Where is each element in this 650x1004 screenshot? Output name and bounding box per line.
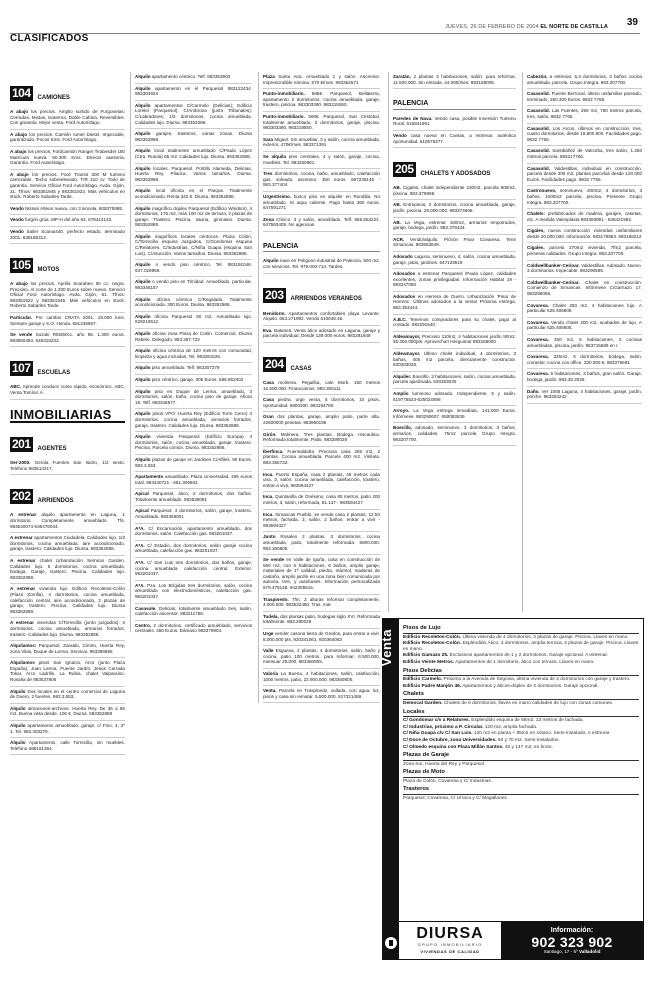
ad-text: Molinera. Tres plantas. Bodega. Inscauli…: [263, 432, 380, 443]
venta-listings: Pisos de LujoEdificio Recoletos-Colón. Ú…: [403, 623, 639, 923]
classified-ad: AB. Cigales, chalet independiente 230m2,…: [393, 183, 516, 200]
subsection-heading: INMOBILIARIAS: [10, 412, 125, 424]
ad-lead: Alquilo: [135, 188, 151, 193]
classified-ad: A*A. C/ San Luis tres dormitorios, dos b…: [135, 558, 252, 581]
ad-lead: A abajo: [10, 172, 29, 177]
column-2: Alquilo apartamento céntrico. Telf. 9833…: [130, 72, 252, 632]
section-number: 202: [10, 489, 33, 504]
ad-lead: Covaresa.: [527, 354, 549, 359]
ad-text: Entrepinos, 3 dormitorios, cocina amuebl…: [393, 202, 516, 213]
venta-item-lead: C/ Doce de Octubre, zona Universidades.: [403, 738, 497, 743]
venta-item-lead: C/ Industrias, próximo a P. Circular.: [403, 725, 483, 730]
classified-ad: Se vende en Valle de Iguña, casa en cons…: [263, 555, 380, 595]
brand-block: DIURSA GRUPO INMOBILIARIO VIVIENDAS DE C…: [399, 922, 501, 959]
page-header: JUEVES, 26 DE FEBRERO DE 2004 EL NORTE D…: [0, 0, 650, 70]
ad-text: 2 dormitorios, certificado amueblado, se…: [135, 623, 252, 632]
ad-text: vivienda Parquesol (Edificio Europa) 4 d…: [135, 434, 252, 450]
classified-ad: Alquilo magnífico dúplex Parquesol (Edif…: [135, 204, 252, 232]
classified-ad: Alquilo almacenes-archivos. Huerta Rey. …: [10, 704, 125, 721]
ad-lead: Casasolid.: [527, 91, 550, 96]
ad-text: dormitorios, cocina, baño, amueblado, ca…: [263, 171, 380, 187]
ad-text: nueva construcción viviendas unifamiliar…: [527, 228, 642, 239]
info-address: Santiago, 17 - 5º Valladolid: [544, 949, 601, 955]
ad-lead: A*A.: [135, 526, 145, 531]
ad-lead: AB.: [393, 202, 401, 207]
venta-item-text: Exclusivos apartamentos de 1 y 2 dormito…: [450, 653, 608, 658]
venta-item: Edificio Recoletos-Colón. Última viviend…: [403, 635, 639, 641]
venta-item-lead: Democal Garden.: [403, 701, 442, 706]
section-number: 204: [263, 357, 286, 372]
ad-text: Tenemos compradores para su chalet, pago…: [393, 317, 516, 328]
classified-ad: Urge vender casona tierra de Gredos, par…: [263, 629, 380, 646]
venta-item-text: Apartamentos de 1 dormitorio, ático con …: [455, 660, 594, 665]
venta-item-text: Chalets de 6 dormitorios, llaves en mano…: [444, 701, 613, 706]
classified-ad: Covaresa. 325m2, 5 dormitorios, bodega, …: [527, 352, 642, 369]
classified-ad: A estrenar vivienda lujo. Edificio Recol…: [10, 584, 125, 618]
classified-ad: ABC. Aprende conducir curso rápido, econ…: [10, 382, 125, 399]
venta-item-lead: C/ Niña Guapa c/v C/ San Luis.: [403, 731, 473, 736]
ad-text: Rosaleo 2 plantas, 3 dormitorios, cocina…: [263, 534, 380, 550]
classified-ad: Vendo furgón grúa. MP-H del año 83. 6794…: [10, 215, 125, 227]
ad-lead: Casasolid.: [527, 166, 550, 171]
info-phone: 902 323 902: [531, 935, 612, 949]
ad-lead: Alquilo: [10, 723, 26, 728]
ad-text: los precios. Camión rumel Diesel. Impeca…: [10, 132, 125, 143]
ad-lead: Alquiler.: [393, 374, 411, 379]
venta-category: Pisos Delicias: [403, 669, 639, 677]
classified-ad: Adosados en Herrera de Duero. Urbanizaci…: [393, 292, 516, 315]
ad-text: los precios, Fordcamión Ranger Tirabesde…: [10, 149, 125, 165]
classified-ad: Particular. Por cambio CRATA 2001. 18.00…: [10, 313, 125, 330]
ad-text: Ver 1065 Laguna, 4 habitaciones, garaje,…: [527, 389, 642, 400]
venta-item-text: Próximo a la Avenida de Segovia, última …: [444, 677, 631, 682]
ad-lead: Alquilo: [135, 314, 151, 319]
ad-lead: Vendo: [10, 229, 24, 234]
ad-lead: Tres: [263, 171, 272, 176]
venta-footer: DIURSA GRUPO INMOBILIARIO VIVIENDAS DE C…: [399, 921, 643, 959]
ad-text: los precios. Aprilia Scarabeo 50 cc, neg…: [10, 281, 125, 308]
ad-text: piso céntrico, garaje, 305 Euros. 686.85…: [152, 377, 243, 382]
classified-ad: Alquilo o vendo piso céntrico. Tel. 9831…: [135, 260, 252, 277]
classified-ad: AB. La Vega, estrenar 180m2, armarios em…: [393, 218, 516, 235]
section-heading: 107ESCUELAS: [10, 361, 125, 376]
column-5: Cabezón, a estrenar, 5,3 dormitorios, 3 …: [522, 72, 642, 612]
ad-text: piso en Duque de Lerma, amueblado, 3 dor…: [135, 389, 252, 405]
diursa-sale-ad: Venta Pisos de LujoEdificio Recoletos-Co…: [382, 618, 644, 960]
classified-ad: Alquilo plazas de garaje en Jardines C/A…: [135, 455, 252, 472]
section-title: CASAS: [291, 366, 312, 373]
classified-ad: Casasolid. Valdestillas, individual en c…: [527, 164, 642, 187]
ad-lead: Centro,: [135, 623, 151, 628]
ad-text: Cigales, chalet independiente 230m2, par…: [393, 185, 516, 196]
ad-text: Clínico. 3 y salón, amueblado. Telf. 666…: [263, 217, 380, 228]
ad-lead: Urge: [263, 631, 273, 636]
venta-label: Venta: [384, 629, 390, 666]
classified-ad: A abajo los precios. Camión rumel Diesel…: [10, 130, 125, 147]
ad-text: o vendo piso en Trinidad. Amueblado, par…: [135, 279, 252, 290]
venta-item-text: Esplendido esquina de 66m2. 13 metros de…: [471, 718, 583, 723]
ad-lead: Daño.: [527, 389, 540, 394]
ad-lead: Covaresa.: [527, 320, 549, 325]
ad-lead: Punto-inmobiliario.: [263, 114, 305, 119]
venta-category: Plazas de Garaje: [403, 753, 639, 761]
classified-ad: Inca. Simancas Pueblo, se vende casa 2 p…: [263, 510, 380, 533]
ad-text: vender casona tierra de Gredos, para ent…: [263, 631, 380, 642]
ad-text: plazas de garaje en Jardines C/Alfiles. …: [135, 457, 252, 468]
venta-item: C/ Industrias, próximo a P. Circular. 12…: [403, 725, 639, 731]
classified-ad: Daño. Ver 1065 Laguna, 4 habitaciones, g…: [527, 387, 642, 404]
classified-ad: Casasolid. Las Fuentes, 256 m2, 750 metr…: [527, 106, 642, 123]
subsection-heading: PALENCIA: [263, 244, 380, 253]
ad-lead: Cabezón,: [527, 74, 547, 79]
ad-lead: Boecillo,: [393, 425, 412, 430]
ad-lead: A*A.: [135, 560, 145, 565]
venta-category: Trasteros: [403, 787, 639, 795]
ad-text: dos plantas, garaje, amplio patio, parte…: [263, 414, 380, 425]
ad-text: furgón grúa. MP-H del año 83. 679414132.: [25, 217, 112, 222]
ad-text: oficina zona Plaza de Colón. Comercial. …: [135, 331, 252, 342]
venta-category: Locales: [403, 710, 639, 718]
classified-ad: Casasole. Delicias, totalmente amueblado…: [135, 604, 252, 621]
subsection-heading: PALENCIA: [393, 101, 516, 110]
ad-text: Miguel. Sin amueblar, 3 y salón, cocina …: [263, 137, 380, 148]
ad-text: piso amueblado. Telf. 983307279: [152, 365, 220, 370]
ad-text: Parcela en Traspinedo, vallada, con agua…: [263, 688, 380, 699]
ad-lead: A abajo: [10, 281, 28, 286]
ad-lead: Alquilo: [135, 206, 151, 211]
ad-lead: Alquilo: [135, 297, 151, 302]
venta-item: Democal Garden. Chalets de 6 dormitorios…: [403, 701, 639, 707]
brand-tagline: VIVIENDAS DE CALIDAD: [420, 949, 479, 955]
classified-ad: A estrenar apartamentos Ciudadela. Calid…: [10, 533, 125, 556]
column-4: Zaratán, 2 plantas 3 habitaciones, salón…: [388, 72, 516, 612]
ad-text: molinera. Peguilba, cale Morb. 150 metro…: [263, 380, 380, 391]
header-rule: [10, 33, 640, 34]
classified-ad: Urgentísimo. busco piso en alquiler en R…: [263, 192, 380, 215]
classified-ad: Girón. Molinera. Tres plantas. Bodega. I…: [263, 430, 380, 447]
ad-text: Nissan Atleon nueva, con 3 sincela. 6053…: [25, 206, 123, 211]
ad-lead: Alquilo: [135, 103, 151, 108]
venta-item-text: 120 m2, amplia fachada.: [485, 725, 538, 730]
ad-lead: Inca.: [263, 512, 273, 517]
ad-lead: Alquilo: [135, 148, 151, 153]
ad-text: La Vega, estrenar 180m2, armarios empotr…: [393, 220, 516, 231]
ad-text: pisos VPO: Huerta Rey (Edificio Torre Ce…: [135, 411, 252, 427]
venta-item: Edificio Padre Manjón 46. Apartamentos y…: [403, 684, 639, 690]
ad-lead: Apartamento: [135, 474, 163, 479]
ad-text: magnífico dúplex Parquesol (Edificio Win…: [135, 206, 252, 228]
ad-lead: Alquilo: [135, 166, 151, 171]
ad-lead: Alquilo: [10, 706, 26, 711]
classified-ad: Adosados a estrenar Parquesol /Paula Lóp…: [393, 269, 516, 292]
venta-item: C/ Niña Guapa c/v C/ San Luis. 120 m2 en…: [403, 731, 639, 737]
section-heading: 201AGENTES: [10, 437, 125, 452]
ad-lead: Castronuevo,: [527, 188, 556, 193]
ad-lead: Cigales,: [527, 245, 545, 250]
classified-ad: Alquilo piso céntrico, garaje, 305 Euros…: [135, 375, 252, 387]
ad-text: prefabricados de madera, garajes, caseta…: [527, 211, 642, 222]
ad-text: La Vega entrega inmediata, 141.000 Euros…: [393, 408, 516, 419]
venta-item-text: 60 y 70 m2. Semi-instalados.: [498, 738, 560, 743]
section-heading: 203ARRIENDOS VERANEOS: [263, 288, 380, 303]
classified-ad: Covaresa. 250 m2, 5 habitaciones, 2 coci…: [527, 335, 642, 352]
ad-lead: Vendo: [10, 217, 24, 222]
classified-ad: Tudela, dos plantas patio, bodegas siglo…: [263, 612, 380, 629]
venta-item-lead: Edificio Recoletos-Colón.: [403, 635, 461, 640]
classified-ad: Alquilo Dos locales en el centro comerci…: [10, 687, 125, 704]
section-number: 205: [393, 162, 416, 177]
classified-ad: Alquilo Apartamento, calle Torrecilla, s…: [10, 738, 125, 755]
ad-text: adosado, seminuevo, 3 dormitorios, 3 bañ…: [393, 425, 516, 441]
classified-ad: Casa piedra, urge venta, 5 dormitorios, …: [263, 395, 380, 412]
ad-text: Dos locales en el centro comercial de La…: [10, 689, 125, 700]
classified-ad: Plaza Santa Ana. Amueblado 1 y salón. As…: [263, 72, 380, 89]
classified-ad: Venta. Parcela en Traspinedo, vallada, c…: [263, 686, 380, 703]
classified-ad: Chalets: prefabricados de madera, garaje…: [527, 209, 642, 226]
ad-lead: Plaza: [263, 74, 275, 79]
ad-lead: ABC.: [10, 384, 21, 389]
ad-text: Batanes. Venta ático adosado en Laguna, …: [263, 328, 380, 339]
classified-ad: Coldwellbanker-Cerinar. Valdestillas. Ad…: [527, 261, 642, 278]
ad-text: C/ San Luis tres dormitorios, dos baños,…: [135, 560, 252, 576]
ad-lead: A estrenar: [10, 535, 33, 540]
ad-text: en Valle de Iguña, casa en construcción …: [263, 557, 380, 590]
classified-ad: Alquilo magníficos locales céntricos. Pl…: [135, 232, 252, 260]
ad-lead: Venta.: [263, 688, 277, 693]
section-number: 105: [10, 258, 33, 273]
ad-lead: Alquilo: [135, 434, 151, 439]
classified-ad: Covaresa. 5 habitaciones, 3 baños, gran …: [527, 369, 642, 386]
classified-ad: Alquilo locales. Parquesol. Portillo Ala…: [135, 164, 252, 187]
classified-ad: Alquilo apartamento amueblado, garaje, c…: [10, 721, 125, 738]
ad-lead: Zona: [263, 217, 274, 222]
ad-text: Santa Ana. Amueblado 1 y salón. Ascensor…: [263, 74, 380, 85]
ad-lead: AB.: [393, 185, 401, 190]
classified-ad: Se vende Suzuki RM250cc. año 95. 1.300 e…: [10, 330, 125, 347]
classified-ad: AB. Entrepinos, 3 dormitorios, cocina am…: [393, 200, 516, 217]
ad-lead: Covaresa.: [527, 303, 549, 308]
classified-ad: Alquilamos pisos San Ignacio, Arco (junt…: [10, 658, 125, 686]
classified-ad: A*A. Pza. Los Brígidas tres dormitorios,…: [135, 581, 252, 604]
venta-item: Edificio Gamazo 25. Exclusivos apartamen…: [403, 653, 639, 659]
venta-item-text: Última vivienda de 4 dormitorios, 2 plaz…: [462, 635, 628, 640]
classified-ad: Zona Clínico. 3 y salón, amueblado. Telf…: [263, 215, 380, 232]
classified-ad: Ser-2000. Gerola Fuentes San Isidro, 1/2…: [10, 458, 125, 475]
ad-lead: Sara: [263, 137, 273, 142]
ad-lead: A.B.C.: [393, 317, 407, 322]
ad-lead: Alquilo: [135, 365, 151, 370]
diursa-logo-icon: [385, 937, 397, 949]
classified-ad: Inca. Quintanilla de Onésimo, casa 80 me…: [263, 492, 380, 509]
classified-ad: Cabezón, a estrenar, 5,3 dormitorios, 3 …: [527, 72, 642, 89]
classified-ad: Apical Parquesol, 4 dormitorios, salón, …: [135, 506, 252, 523]
ad-lead: Alquilo: [135, 457, 151, 462]
ad-lead: Se vende: [10, 332, 32, 337]
ad-text: Parquesol, ático, 2 dormitorios, dos bañ…: [135, 491, 252, 502]
section-title: MOTOS: [38, 267, 60, 274]
classified-ad: Junto Rosaleo 2 plantas, 3 dormitorios, …: [263, 532, 380, 555]
ad-lead: Se alquila: [263, 154, 286, 159]
classified-ad: Alquilo garajes, trasteros, varias zonas…: [135, 129, 252, 146]
section-heading: 104CAMIONES: [10, 86, 125, 101]
venta-category: Pisos de Lujo: [403, 626, 639, 634]
ad-text: los precios. Amplio surtido de Furgoneta…: [10, 109, 125, 125]
classified-ad: Adosado Laguna, seminuevo, 4, salón, coc…: [393, 252, 516, 269]
ad-lead: A abajo: [10, 132, 27, 137]
classified-ad: Valle Esgueva, 2 plantas, 4 dormitorios,…: [263, 646, 380, 669]
ad-lead: Eva.: [263, 328, 272, 333]
classified-ad: Alquilo apartamento céntrico. Telf. 9833…: [135, 72, 252, 84]
section-heading: 105MOTOS: [10, 258, 125, 273]
venta-item-text: 120 m2 en planta + 85m2 en sótano. Semi-…: [474, 731, 611, 736]
classified-ad: Alquilo vivienda Parquesol (Edificio Eur…: [135, 432, 252, 455]
ad-lead: Apical: [135, 508, 149, 513]
ad-lead: Covaresa.: [527, 371, 549, 376]
ad-lead: Casasole.: [135, 606, 156, 611]
ad-lead: Particular.: [10, 315, 32, 320]
classified-ad: Alquilo o vendo piso en Trinidad. Amuebl…: [135, 277, 252, 294]
section-heading: 204CASAS: [263, 357, 380, 372]
classified-ad: Alquilo oficina zona Plaza de Colón. Com…: [135, 329, 252, 346]
ad-lead: Cigales,: [527, 228, 545, 233]
classified-ad: Covaresa. Vendo chalet 200 m2, acabados …: [527, 318, 642, 335]
ad-text: apartamento en el Parquesol 983122434. 9…: [135, 86, 252, 97]
ad-text: Esgueva, 2 plantas, 4 dormitorios, salón…: [263, 648, 380, 664]
ad-lead: Alquilo: [135, 348, 151, 353]
ad-lead: Alquilo: [135, 279, 151, 284]
venta-item: C/ Olmedo esquina con Plaza Millán Santo…: [403, 745, 639, 751]
venta-item: Plaza de Colón, Covaresa y C/ Industrias…: [403, 779, 639, 785]
ad-lead: Alquilo: [135, 411, 151, 416]
ad-lead: Valle: [263, 648, 273, 653]
classified-ad: A estrenar chalet Urbanización Sernicar …: [10, 556, 125, 584]
classified-ad: Alquilamos: Parquesol, Zaratán, Cimiro, …: [10, 641, 125, 658]
page-number: 39: [627, 20, 638, 26]
ad-lead: Amplio: [393, 391, 409, 396]
ad-text: trailer Scania440, perfecto estado, term…: [10, 229, 125, 240]
ad-text: oficina Parquesol 60 m2. Amueblada lujo.…: [135, 314, 252, 325]
classified-ad: Apical Parquesol, ático, 2 dormitorios, …: [135, 489, 252, 506]
classified-ad: Punto-inmobiliario. 588€. Parquesol, Bel…: [263, 89, 380, 112]
classified-ad: Tres dormitorios, cocina, baño, amueblad…: [263, 169, 380, 192]
classified-ad: Casasolid. Santibáñez de Valcorba, tres …: [527, 146, 642, 163]
venta-item: C/ Gondomar c/v a Relatores. Esplendido …: [403, 718, 639, 724]
ad-text: La Buena, 4 habitaciones, salón, calefac…: [263, 671, 380, 682]
classified-ad: A abajo los precios. Aprilia Scarabeo 50…: [10, 279, 125, 313]
classified-ad: Inca. Puerto España, casa 2 plantas, 45 …: [263, 470, 380, 493]
venta-item: Parquesol, Covaresa, C/ Urraca y C/ Maga…: [403, 796, 639, 802]
classified-ad: Covaresa. Chalet 250 m2, 4 habitaciones …: [527, 301, 642, 318]
ad-lead: Covaresa.: [527, 337, 549, 342]
ad-text: dos plantas patio, bodegas siglo XVI. Re…: [263, 614, 380, 625]
venta-side-band: Venta: [383, 619, 399, 959]
venta-category: Plazas de Moto: [403, 770, 639, 778]
venta-item: Edificio Recoletos-Colón. Espléndido Áti…: [403, 641, 639, 652]
ad-text: Pza. Los Brígidas tres dormitorios, saló…: [135, 583, 252, 599]
brand-name: DIURSA: [416, 926, 483, 942]
ad-lead: Zaratán,: [393, 74, 411, 79]
ad-lead: Alquilo: [135, 234, 151, 239]
classified-ad: Alquilo local oficina en el Parque. Tota…: [135, 186, 252, 203]
ad-text: casa nueva en Cuetas, a estrenar, autént…: [393, 133, 516, 144]
ad-lead: Apical: [135, 491, 149, 496]
ad-lead: Coldwellbanker-Cerinar.: [527, 280, 580, 285]
classified-ad: Traspinedo. 7fm. 2 alturas reformar comp…: [263, 595, 380, 612]
ad-lead: Girón.: [263, 432, 277, 437]
ad-lead: Gran: [263, 414, 274, 419]
ad-lead: Punto-inmobiliario.: [263, 91, 305, 96]
column-1: 104CAMIONESA abajo los precios. Amplio s…: [10, 72, 125, 755]
classified-ad: Gran dos plantas, garaje, amplio patio, …: [263, 412, 380, 429]
ad-text: Boecillo. 3 habitaciones, salón, cocina …: [393, 374, 516, 385]
classified-ad: Alquilo oficina céntrica de 120 metros c…: [135, 346, 252, 363]
ad-text: apartamento amueblado, garaje, c/ Fino, …: [10, 723, 125, 734]
classified-ad: Aldeamayor, Precioso 110m2, 4 habitacion…: [393, 332, 516, 349]
venta-item-text: Parquesol, Covaresa, C/ Urraca y C/ Maga…: [403, 796, 508, 801]
ad-lead: A estrenar: [10, 620, 34, 625]
ad-lead: AB.: [393, 220, 401, 225]
ad-lead: Alquilo: [263, 258, 279, 263]
classified-ad: Valoria La Buena, 4 habitaciones, salón,…: [263, 669, 380, 686]
classified-ad: Alquilo local totalmente amueblado C/Pau…: [135, 146, 252, 163]
ad-text: Aprende conducir curso rápido, económico…: [10, 384, 125, 395]
ad-lead: Alquilamos:: [10, 643, 36, 648]
ad-lead: Alquilo: [135, 131, 151, 136]
classified-ad: Vendo casa nueva en Cuetas, a estrenar, …: [393, 131, 516, 148]
ad-lead: A abajo: [10, 109, 28, 114]
venta-item-lead: Edificio Carmelo.: [403, 677, 442, 682]
classified-ad: Se alquila piso centrales, 4 y salón, ga…: [263, 152, 380, 169]
classified-ad: Zaratán, 2 plantas 3 habitaciones, salón…: [393, 72, 516, 89]
ad-text: oficina céntrica C/Regalado. Totalmente …: [135, 297, 252, 308]
venta-item: Edificio Veinte Metros. Apartamentos de …: [403, 660, 639, 666]
classified-ad: Centro, 2 dormitorios, certificado amueb…: [135, 621, 252, 632]
ad-text: locales. Parquesol. Portillo Alameda, De…: [135, 166, 252, 182]
classified-ad: Alquilo piso amueblado. Telf. 983307279: [135, 363, 252, 375]
classified-ad: Alquilo piso en Duque de Lerma, amueblad…: [135, 387, 252, 410]
ad-lead: Iberfinca.: [263, 449, 283, 454]
ad-lead: Vendo: [10, 206, 24, 211]
ad-lead: Paredes de Nava.: [393, 116, 432, 121]
classified-ad: Alquilo pisos VPO: Huerta Rey (Edificio …: [135, 409, 252, 432]
venta-item-text: Apartamentos y áticos-dúplex de 2 dormit…: [462, 684, 599, 689]
section-title: CHALETS Y ADOSADOS: [421, 171, 491, 178]
ad-lead: Chalets:: [527, 211, 545, 216]
classified-ad: Apartamento amueblado. Plaza Universidad…: [135, 472, 252, 489]
classified-ad: A estrenar viviendas C/Torrecilla (junto…: [10, 618, 125, 641]
ad-lead: Alquilo: [135, 389, 151, 394]
ad-text: oficina céntrica de 120 metros con comun…: [135, 348, 252, 359]
ad-lead: ACR.: [393, 237, 404, 242]
ad-lead: A estrenar: [10, 512, 36, 517]
venta-item: Zona Sur, Huerta del Rey y Parquesol.: [403, 762, 639, 768]
ad-lead: Inca.: [263, 494, 273, 499]
venta-item-text: Zona Sur, Huerta del Rey y Parquesol.: [403, 762, 485, 767]
classified-ad: Alquilo oficina Parquesol 60 m2. Amuebla…: [135, 312, 252, 329]
section-number: 201: [10, 437, 33, 452]
ad-lead: Alquilo: [135, 331, 151, 336]
classified-ad: Alquilo apartamento en el Parquesol 9831…: [135, 84, 252, 101]
ad-text: Simancas Pueblo, se vende casa 2 plantas…: [263, 512, 380, 528]
classified-ad: A estrenar alquilo apartamento en Laguna…: [10, 510, 125, 533]
brand-group: GRUPO INMOBILIARIO: [418, 942, 483, 948]
section-number: 203: [263, 288, 286, 303]
ad-lead: Casasolid.: [527, 126, 550, 131]
column-3b: Plaza Santa Ana. Amueblado 1 y salón. As…: [258, 72, 380, 703]
ad-lead: A estrenar: [10, 586, 35, 591]
venta-item-lead: Edificio Recoletos-Colón.: [403, 641, 461, 646]
classified-ad: Iberfinca. Fuensaldaña. Preciosa casa 25…: [263, 447, 380, 470]
